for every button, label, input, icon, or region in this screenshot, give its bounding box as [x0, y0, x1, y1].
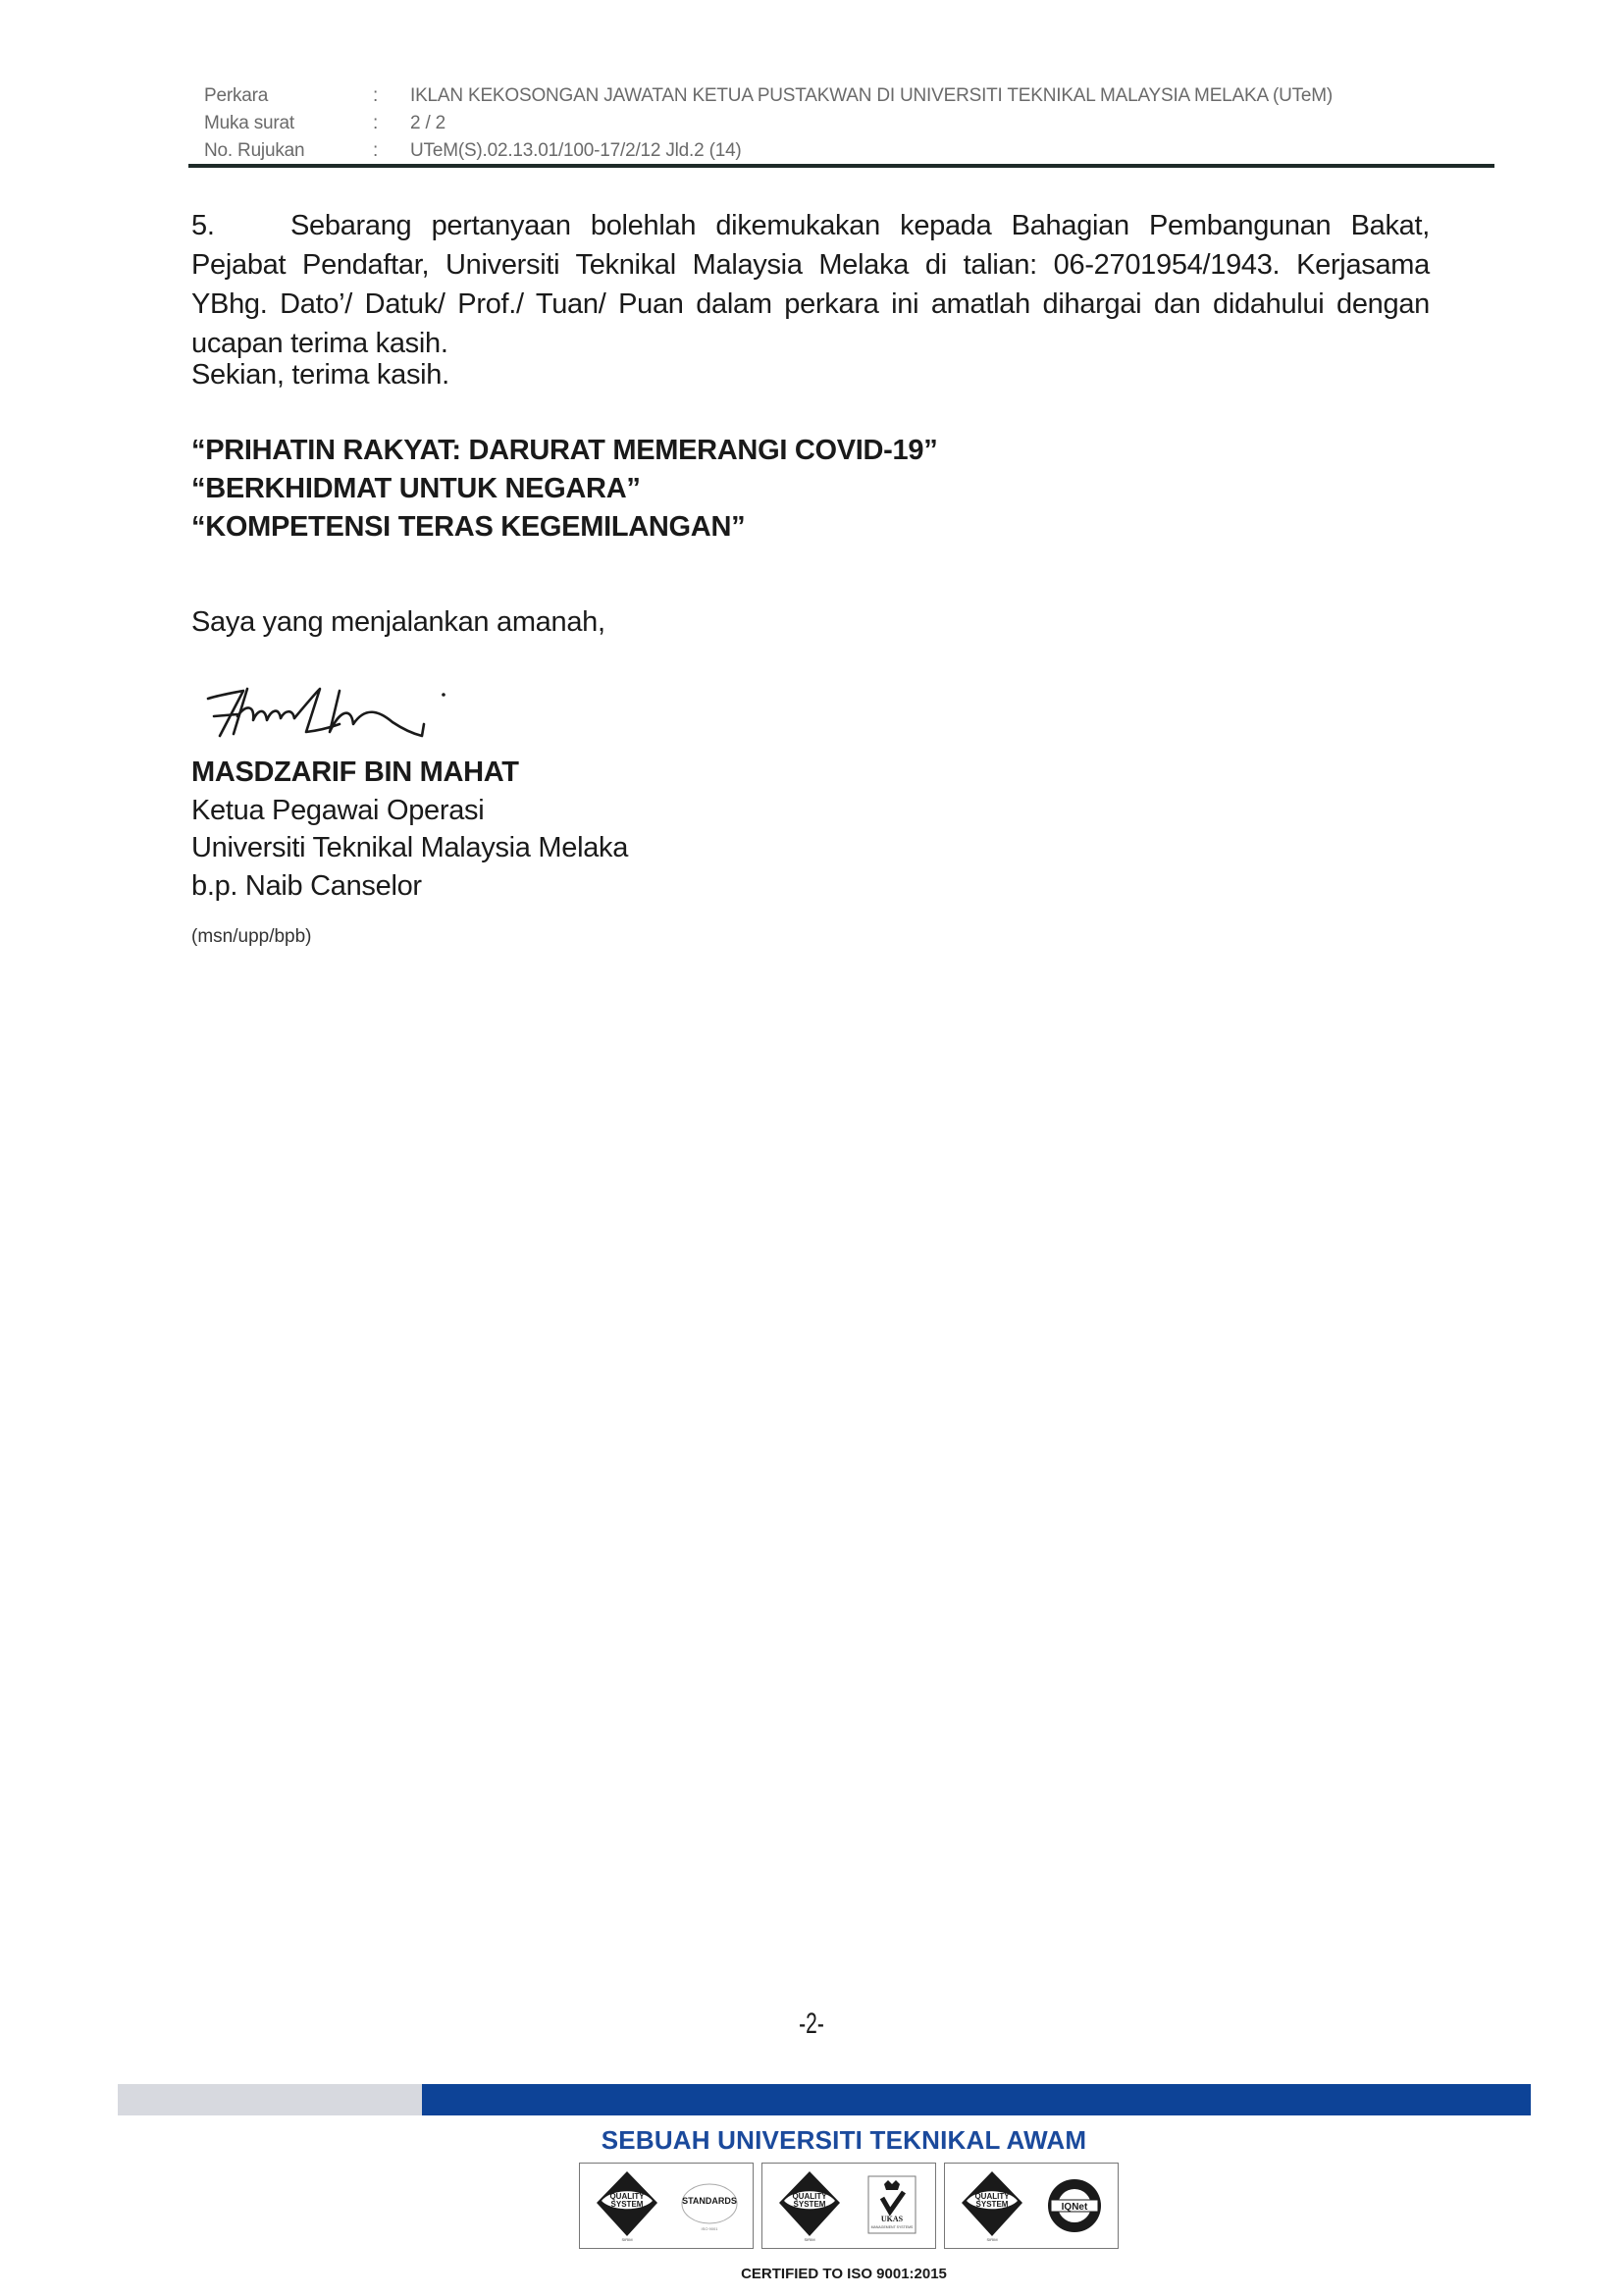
svg-text:SYSTEM: SYSTEM: [793, 2200, 825, 2209]
header-value: IKLAN KEKOSONGAN JAWATAN KETUA PUSTAKWAN…: [410, 82, 1333, 110]
svg-text:SYSTEM: SYSTEM: [610, 2200, 643, 2209]
signer-institution: Universiti Teknikal Malaysia Melaka: [191, 829, 628, 867]
svg-text:SIRIM: SIRIM: [621, 2237, 632, 2242]
svg-text:SYSTEM: SYSTEM: [975, 2200, 1008, 2209]
svg-text:UKAS: UKAS: [880, 2215, 903, 2223]
signer-on-behalf: b.p. Naib Canselor: [191, 867, 628, 906]
footer-tagline: SEBUAH UNIVERSITI TEKNIKAL AWAM: [0, 2125, 1623, 2156]
header-colon: :: [373, 82, 378, 110]
header-value: UTeM(S).02.13.01/100-17/2/12 Jld.2 (14): [410, 137, 742, 165]
ukas-crown-icon: UKAS MANAGEMENT SYSTEMS: [863, 2174, 921, 2237]
standards-malaysia-icon: STANDARDS ISO 9001: [680, 2174, 739, 2237]
header-value: 2 / 2: [410, 110, 445, 137]
iqnet-icon: IQNet: [1045, 2174, 1104, 2237]
cert-badge-standards: QUALITY SYSTEM SIRIM STANDARDS ISO 9001: [579, 2163, 754, 2249]
header-colon: :: [373, 110, 378, 137]
motto-line: “PRIHATIN RAKYAT: DARURAT MEMERANGI COVI…: [191, 432, 937, 470]
motto-block: “PRIHATIN RAKYAT: DARURAT MEMERANGI COVI…: [191, 432, 937, 547]
paragraph-number: 5.: [191, 206, 290, 245]
signature-image: [196, 677, 510, 756]
trust-line: Saya yang menjalankan amanah,: [191, 602, 1430, 642]
svg-text:SIRIM: SIRIM: [804, 2237, 814, 2242]
svg-text:MANAGEMENT SYSTEMS: MANAGEMENT SYSTEMS: [870, 2225, 913, 2229]
certification-badges: QUALITY SYSTEM SIRIM STANDARDS ISO 9001 …: [579, 2163, 1119, 2249]
paragraph-text: Sebarang pertanyaan bolehlah dikemukakan…: [191, 210, 1430, 359]
svg-text:STANDARDS: STANDARDS: [682, 2196, 737, 2206]
footer-bar-grey: [118, 2084, 422, 2115]
svg-text:ISO 9001: ISO 9001: [701, 2226, 718, 2231]
svg-text:IQNet: IQNet: [1061, 2202, 1087, 2213]
paragraph-5: 5.Sebarang pertanyaan bolehlah dikemukak…: [191, 206, 1430, 363]
header-colon: :: [373, 137, 378, 165]
signer-title: Ketua Pegawai Operasi: [191, 792, 628, 830]
quality-system-icon: QUALITY SYSTEM SIRIM: [960, 2169, 1024, 2242]
header-label: Perkara: [204, 82, 268, 110]
header-label: No. Rujukan: [204, 137, 304, 165]
page-number: -2-: [243, 2008, 1380, 2041]
cert-badge-iqnet: QUALITY SYSTEM SIRIM IQNet: [944, 2163, 1119, 2249]
quality-system-icon: QUALITY SYSTEM SIRIM: [595, 2169, 659, 2242]
motto-line: “KOMPETENSI TERAS KEGEMILANGAN”: [191, 508, 937, 547]
header-divider: [188, 164, 1494, 168]
footer-bar-blue: [422, 2084, 1531, 2115]
reference-code: (msn/upp/bpb): [191, 926, 312, 948]
certification-caption: CERTIFIED TO ISO 9001:2015: [0, 2266, 1623, 2282]
signer-block: MASDZARIF BIN MAHAT Ketua Pegawai Operas…: [191, 754, 628, 905]
svg-text:SIRIM: SIRIM: [986, 2237, 997, 2242]
header-label: Muka surat: [204, 110, 294, 137]
motto-line: “BERKHIDMAT UNTUK NEGARA”: [191, 470, 937, 508]
closing-line: Sekian, terima kasih.: [191, 355, 1430, 394]
quality-system-icon: QUALITY SYSTEM SIRIM: [777, 2169, 842, 2242]
cert-badge-ukas: QUALITY SYSTEM SIRIM UKAS MANAGEMENT SYS…: [761, 2163, 936, 2249]
signer-name: MASDZARIF BIN MAHAT: [191, 754, 628, 792]
